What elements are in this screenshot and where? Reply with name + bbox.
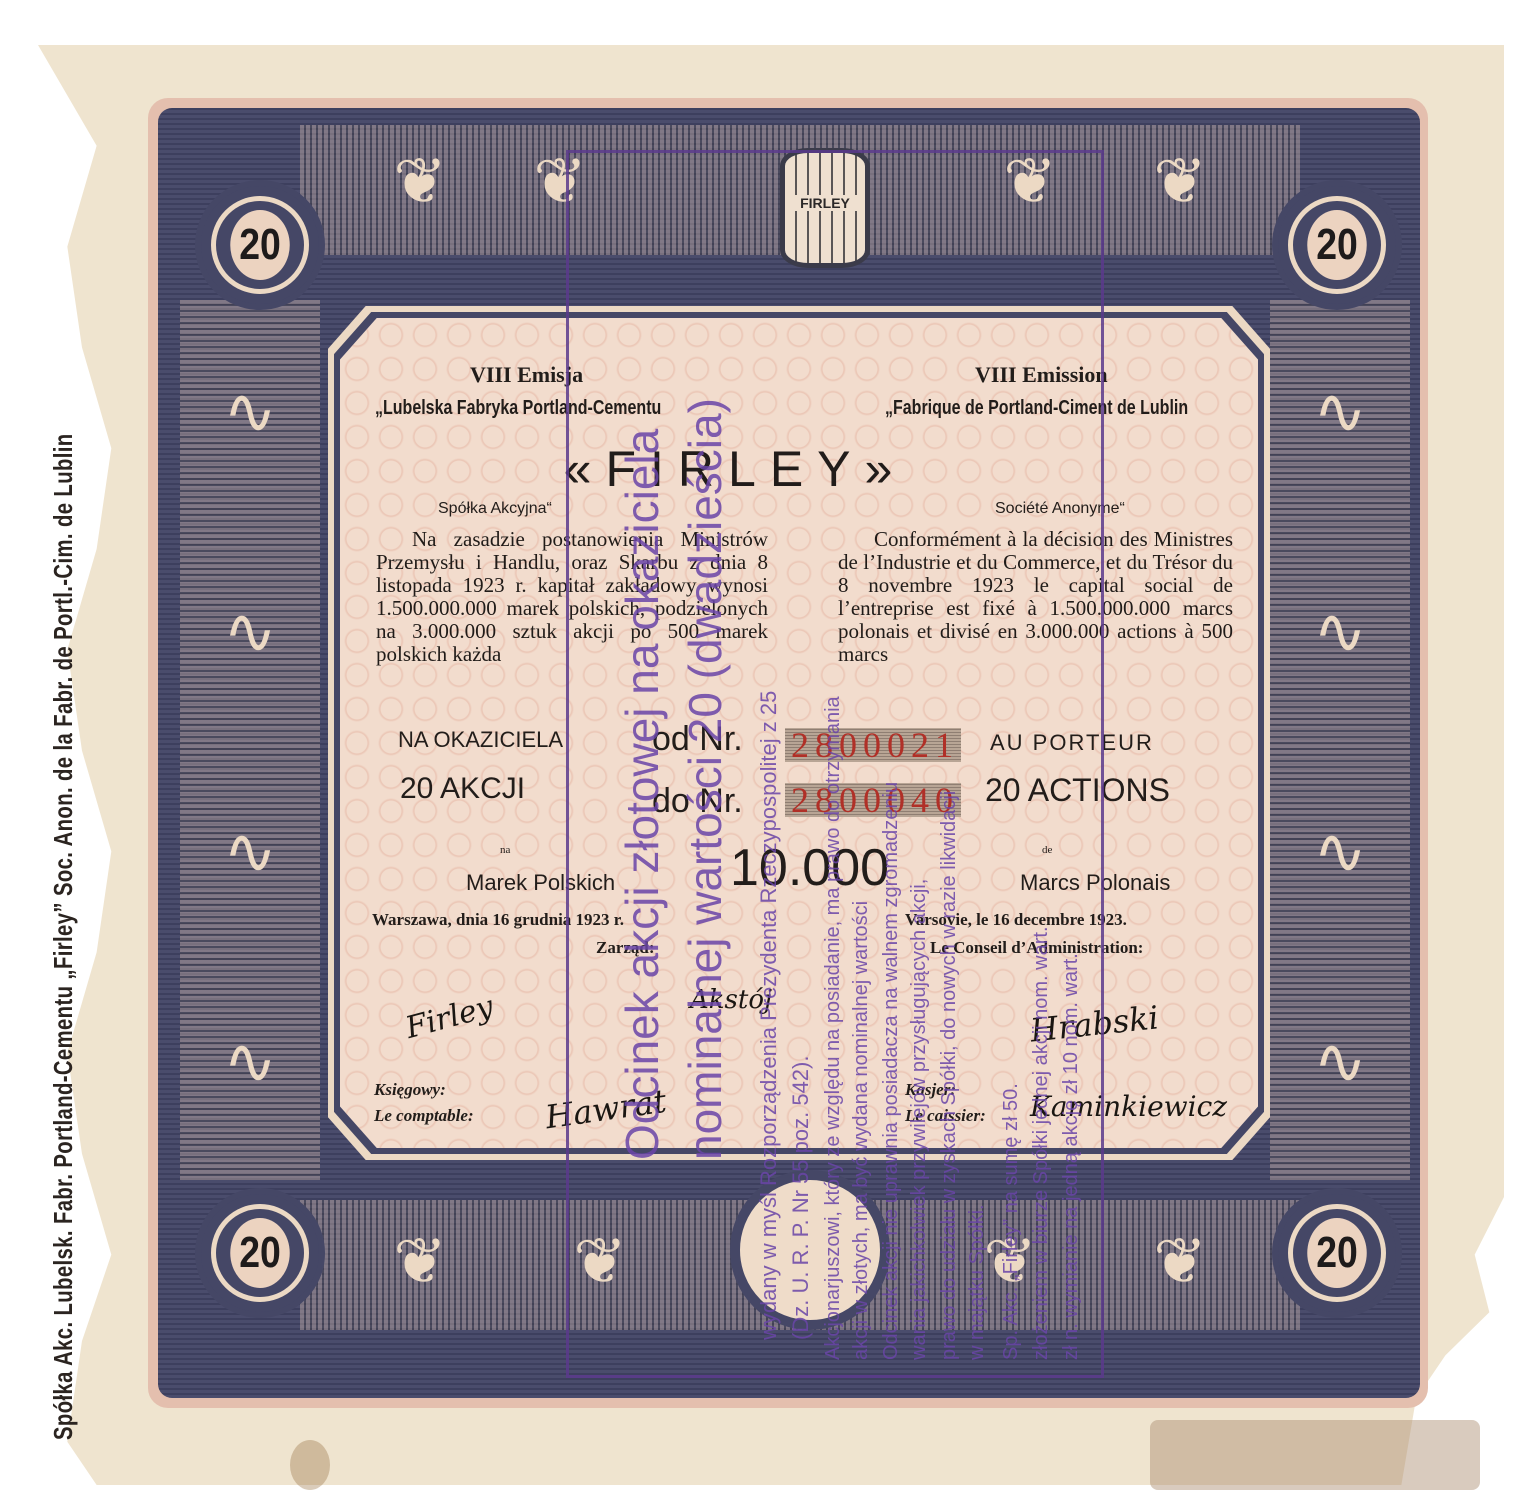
ornament-icon: ∿ [1290,600,1390,664]
shares-count-pl: 20 AKCJI [400,772,525,806]
torn-edge [1150,1420,1480,1490]
corner-medallion-top-right: 20 [1272,180,1402,310]
na-label: na [500,844,510,856]
stain [290,1440,330,1490]
stamp-line-7: Odcinek akcji nie uprawnia posiadacza na… [880,782,903,1360]
stamp-line-9: prawo do udziału w zyskach Spółki, do no… [938,791,961,1360]
denomination: 20 [1307,1218,1367,1288]
ornament-icon: ∿ [200,1030,300,1094]
side-strip-text: Spółka Akc. Lubelsk. Fabr. Portland-Ceme… [48,348,79,1440]
denomination: 20 [1307,210,1367,280]
stamp-line-6: akcji w złotych, ma być wydana nominalne… [850,901,873,1360]
stamp-line-12: złożeniem w biurze Spółki jednej akcji n… [1030,926,1053,1360]
ornament-icon: ∿ [200,600,300,664]
ornament-icon: ∿ [200,380,300,444]
accountant-label-pl: Księgowy: [374,1080,446,1100]
stamp-line-4: (Dz. U. R. P. Nr 55 poz. 542). [788,1056,814,1340]
stamp-line-8: wania jakichkolwiek przywilejów przysług… [908,879,931,1360]
ornament-icon: ❦ [350,1230,490,1294]
corner-medallion-top-left: 20 [195,180,325,310]
stamp-line-3: wydany w myśl Rozporządzenia Prezydenta … [756,691,782,1340]
ornament-icon: ❦ [1110,1230,1250,1294]
denomination: 20 [230,1218,290,1288]
accountant-label-fr: Le comptable: [374,1106,474,1126]
ornament-icon: ∿ [200,820,300,884]
ornament-icon: ∿ [1290,820,1390,884]
company-type-pl: Spółka Akcyjna“ [438,500,552,518]
stamp-line-2: nominalnej wartości 20 (dwadzieścia) [678,398,732,1160]
stamp-line-13: zł n. wymianie na jedną akcję zł 10 nom.… [1060,953,1083,1360]
stamp-line-10: w majątku Spółki. [966,1204,989,1360]
ornament-icon: ❦ [350,150,490,214]
ornament-icon: ❦ [1110,150,1250,214]
stamp-line-11: Sp. Akc. „Firley” na sumę zł 50. [1000,1083,1023,1360]
denomination: 20 [230,210,290,280]
corner-medallion-bottom-left: 20 [195,1188,325,1318]
bearer-label-pl: NA OKAZICIELA [398,727,563,753]
corner-medallion-bottom-right: 20 [1272,1188,1402,1318]
stamp-line-5: Akcjonarjuszowi, który ze względu na pos… [822,696,845,1360]
ornament-icon: ∿ [1290,1030,1390,1094]
ornament-icon: ∿ [1290,380,1390,444]
stamp-line-1: Odcinek akcji złotowej na okaziciela [615,429,669,1160]
